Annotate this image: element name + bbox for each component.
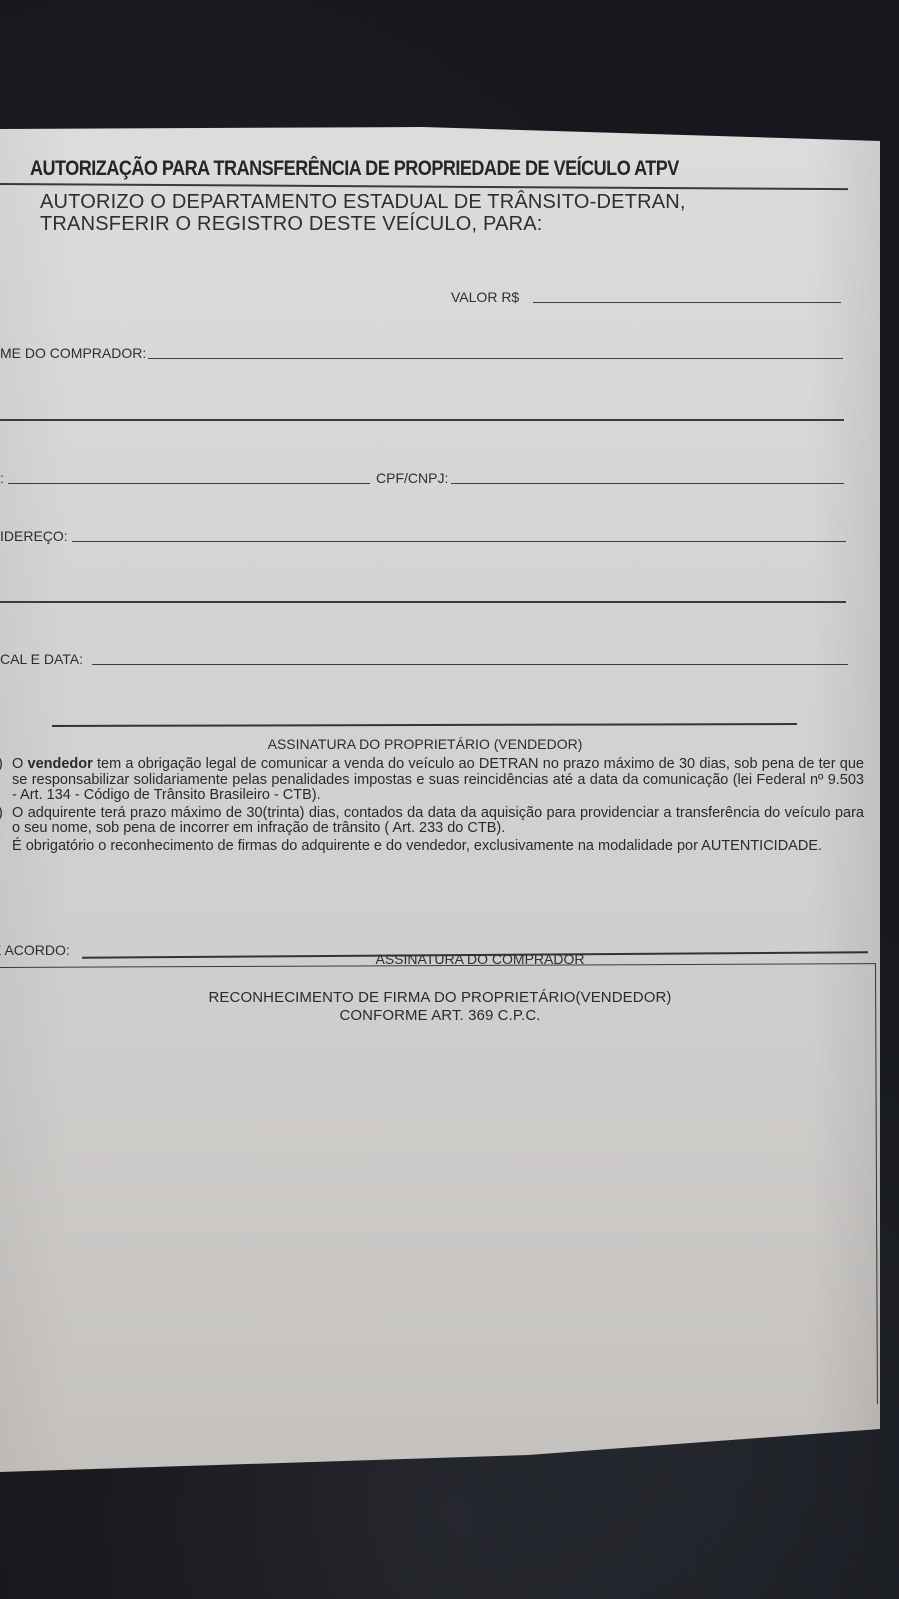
rg-field[interactable]: :	[0, 470, 370, 487]
note-bullet: )	[0, 757, 3, 773]
note-bold-term: vendedor	[28, 756, 93, 772]
seller-signature-label: ASSINATURA DO PROPRIETÁRIO (VENDEDOR)	[0, 736, 865, 752]
address-label: IDEREÇO:	[0, 528, 68, 545]
cpf-cnpj-label: CPF/CNPJ:	[376, 470, 448, 487]
place-date-field[interactable]: CAL E DATA:	[0, 651, 848, 668]
atpv-form-paper: AUTORIZAÇÃO PARA TRANSFERÊNCIA DE PROPRI…	[0, 127, 880, 1472]
cpf-cnpj-input-line[interactable]	[451, 483, 844, 485]
authorization-line-2: TRANSFERIR O REGISTRO DESTE VEÍCULO, PAR…	[40, 213, 686, 235]
place-date-input-line[interactable]	[92, 664, 848, 666]
value-label: VALOR R$	[451, 289, 519, 306]
form-title: AUTORIZAÇÃO PARA TRANSFERÊNCIA DE PROPRI…	[30, 157, 679, 181]
title-underline	[0, 183, 848, 190]
value-input-line[interactable]	[533, 302, 841, 304]
address-input-line[interactable]	[72, 541, 846, 543]
notary-recognition-box	[0, 963, 878, 1408]
note-seller-obligation: ) O vendedor tem a obrigação legal de co…	[8, 757, 864, 804]
notary-title-line-1: RECONHECIMENTO DE FIRMA DO PROPRIETÁRIO(…	[0, 989, 880, 1007]
rg-input-line[interactable]	[8, 483, 370, 485]
rg-label: :	[0, 470, 4, 487]
authorization-line-1: AUTORIZO O DEPARTAMENTO ESTADUAL DE TRÂN…	[40, 191, 686, 213]
legal-notes: ) O vendedor tem a obrigação legal de co…	[8, 757, 864, 856]
note-signature-authentication: É obrigatório o reconhecimento de firmas…	[8, 839, 864, 855]
value-field[interactable]: VALOR R$	[451, 289, 841, 306]
note-bullet: )	[0, 806, 3, 822]
address-field[interactable]: IDEREÇO:	[0, 528, 846, 545]
buyer-name-label: ME DO COMPRADOR:	[0, 345, 146, 362]
seller-signature-line[interactable]	[52, 723, 797, 726]
buyer-name-continuation-line[interactable]	[0, 419, 844, 421]
authorization-statement: AUTORIZO O DEPARTAMENTO ESTADUAL DE TRÂN…	[40, 191, 686, 235]
buyer-name-field[interactable]: ME DO COMPRADOR:	[0, 345, 843, 362]
place-date-label: CAL E DATA:	[0, 651, 83, 668]
note-buyer-deadline: ) O adquirente terá prazo máximo de 30(t…	[8, 806, 864, 837]
notary-title-line-2: CONFORME ART. 369 C.P.C.	[0, 1007, 880, 1025]
cpf-cnpj-field[interactable]: CPF/CNPJ:	[376, 470, 844, 487]
notary-box-title: RECONHECIMENTO DE FIRMA DO PROPRIETÁRIO(…	[0, 989, 880, 1025]
buyer-name-input-line[interactable]	[148, 358, 843, 360]
address-continuation-line[interactable]	[0, 601, 846, 603]
